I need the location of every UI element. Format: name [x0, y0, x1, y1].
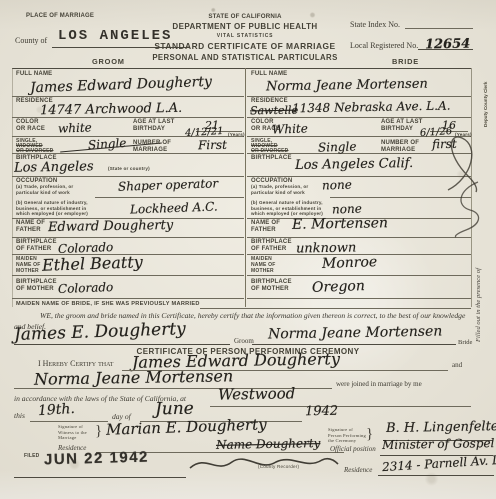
bride-divorced-label: OR DIVORCED — [251, 148, 288, 154]
rule-line — [12, 96, 244, 97]
groom-color-race-value: white — [58, 120, 92, 135]
rule-line — [247, 117, 471, 118]
bride-residence-struck-value: Sawtelle — [250, 104, 298, 118]
column-divider — [245, 68, 246, 307]
rule-line — [247, 96, 471, 97]
rule-line — [405, 28, 473, 29]
officiant-signature-value: B. H. Lingenfelter — [386, 419, 496, 436]
bride-father-label: NAME OF FATHER — [251, 220, 280, 234]
state-of-california: STATE OF CALIFORNIA — [130, 13, 360, 20]
bride-color-race-value: White — [272, 121, 308, 136]
officiant-residence-label: Residence — [344, 466, 372, 474]
rule-line — [378, 475, 494, 476]
bride-residence-value: 11348 Nebraska Ave. L.A. — [292, 99, 451, 116]
bride-signature-label: Bride — [458, 339, 472, 346]
local-registered-label: Local Registered No. — [350, 41, 418, 50]
bride-birthplace-value: Los Angeles Calif. — [295, 156, 413, 173]
rule-line — [12, 275, 244, 276]
bride-age-label: AGE AT LAST BIRTHDAY — [381, 119, 423, 133]
bride-full-name-value: Norma Jeane Mortensen — [266, 77, 428, 95]
rule-line — [95, 197, 244, 198]
ink-flourish — [448, 180, 488, 238]
bride-birthplace-label: BIRTHPLACE — [251, 155, 292, 162]
recorder-signature-scrawl — [188, 450, 340, 476]
brace-glyph: } — [95, 423, 102, 440]
rule-line — [252, 344, 456, 345]
rule-line — [247, 176, 471, 177]
groom-mother-birthplace-label: BIRTHPLACE OF MOTHER — [16, 279, 57, 293]
filled-out-note: Filled out in the presence of — [475, 222, 482, 342]
ceremony-month-value: June — [155, 399, 194, 420]
rule-line — [247, 275, 471, 276]
rule-line — [14, 477, 186, 478]
bride-mother-birthplace-label: BIRTHPLACE OF MOTHER — [251, 279, 292, 293]
groom-birthplace-value: Los Angeles — [14, 159, 94, 175]
rule-line — [30, 421, 108, 422]
groom-full-name-label: FULL NAME — [16, 71, 52, 78]
marriage-certificate-document: PLACE OF MARRIAGE County of LOS ANGELES … — [0, 0, 496, 499]
rule-line — [14, 344, 230, 345]
bride-father-birthplace-label: BIRTHPLACE OF FATHER — [251, 239, 292, 253]
groom-father-label: NAME OF FATHER — [16, 220, 45, 234]
groom-residence-value: 14747 Archwood L.A. — [40, 101, 183, 118]
groom-number-marriage-value: First — [198, 138, 227, 153]
bride-occupation-a-label: (a) Trade, profession, or particular kin… — [251, 184, 308, 195]
bride-occupation-b-value: none — [332, 201, 362, 216]
bride-number-marriage-label: NUMBER OF MARRIAGE — [381, 140, 419, 154]
bride-marital-value: Single — [318, 139, 357, 154]
groom-years-label: (Years) — [228, 132, 245, 138]
rule-line — [247, 298, 471, 299]
bride-full-name-label: FULL NAME — [251, 71, 287, 78]
groom-mother-label: MAIDEN NAME OF MOTHER — [16, 256, 40, 274]
filed-label: FILED — [24, 453, 39, 459]
ceremony-year-value: 1942 — [305, 404, 338, 420]
and-label: and — [452, 361, 462, 369]
county-label: County of — [15, 36, 47, 45]
bride-mother-value: Monroe — [322, 254, 378, 272]
state-or-country-label: (State or country) — [108, 166, 150, 172]
groom-column-heading: GROOM — [92, 58, 125, 67]
groom-divorced-label: OR DIVORCED — [16, 148, 53, 154]
state-index-label: State Index No. — [350, 20, 400, 29]
rule-line — [12, 298, 244, 299]
bride-occupation-a-value: none — [322, 177, 352, 192]
groom-occupation-a-label: (a) Trade, profession, or particular kin… — [16, 184, 73, 195]
groom-signature-label: Groom — [234, 337, 254, 345]
maiden-name-of-bride-label: MAIDEN NAME OF BRIDE, IF SHE WAS PREVIOU… — [16, 301, 200, 308]
groom-mother-value: Ethel Beatty — [42, 252, 143, 275]
ceremony-day-value: 19th. — [38, 401, 76, 419]
ceremony-bride-name: Norma Jeane Mortensen — [34, 366, 234, 388]
deputy-county-clerk-note: Deputy County Clerk — [483, 55, 488, 127]
groom-color-race-label: COLOR OR RACE — [16, 119, 45, 133]
brace-glyph: } — [366, 426, 373, 443]
place-of-marriage-label: PLACE OF MARRIAGE — [26, 13, 94, 20]
department-of-public-health: DEPARTMENT OF PUBLIC HEALTH — [130, 22, 360, 32]
officiant-signature-label: Signature of Person Performing the Cerem… — [328, 427, 366, 444]
bride-occupation-b-label: (b) General nature of industry, business… — [251, 200, 323, 217]
form-left-border — [12, 68, 13, 307]
rule-line — [247, 237, 471, 238]
groom-marital-value: Single — [88, 136, 127, 152]
vital-statistics: VITAL STATISTICS — [130, 33, 360, 39]
rule-line — [210, 406, 471, 407]
rule-line — [418, 49, 473, 50]
groom-full-name-value: James Edward Dougherty — [30, 74, 212, 96]
bride-column-heading: BRIDE — [392, 58, 419, 67]
rule-line — [12, 68, 471, 69]
official-position-value: Minister of Gospel — [382, 436, 495, 452]
certificate-title: STANDARD CERTIFICATE OF MARRIAGE — [130, 41, 360, 51]
groom-age-label: AGE AT LAST BIRTHDAY — [133, 119, 175, 133]
groom-occupation-a-value: Shaper operator — [118, 176, 219, 193]
bride-signature: Norma Jeane Mortensen — [268, 323, 443, 342]
groom-father-birthplace-label: BIRTHPLACE OF FATHER — [16, 239, 57, 253]
ceremony-place-value: Westwood — [218, 384, 296, 403]
groom-occupation-b-label: (b) General nature of industry, business… — [16, 200, 88, 217]
bride-father-value: E. Mortensen — [292, 215, 388, 233]
joined-in-marriage-label: were joined in marriage by me — [336, 380, 422, 388]
county-recorder-label: (County Recorder) — [258, 464, 299, 470]
local-registered-number: 12654 — [425, 37, 470, 53]
groom-occupation-b-value: Lockheed A.C. — [130, 199, 218, 216]
groom-father-value: Edward Dougherty — [48, 218, 173, 235]
hereby-certify-label: I Hereby Certify that — [38, 359, 113, 368]
witness-signature-label: Signature of Witness to the Marriage — [58, 424, 87, 441]
filed-date-stamp: JUN 22 1942 — [44, 449, 149, 469]
rule-line — [12, 237, 244, 238]
rule-line — [200, 308, 471, 309]
groom-number-marriage-label: NUMBER OF MARRIAGE — [133, 140, 171, 154]
bride-mother-birthplace-value: Oregon — [312, 278, 365, 296]
bride-mother-label: MAIDEN NAME OF MOTHER — [251, 256, 275, 274]
this-label: this — [14, 411, 25, 420]
groom-mother-birthplace-value: Colorado — [58, 280, 114, 296]
certificate-subtitle: PERSONAL AND STATISTICAL PARTICULARS — [130, 53, 360, 62]
